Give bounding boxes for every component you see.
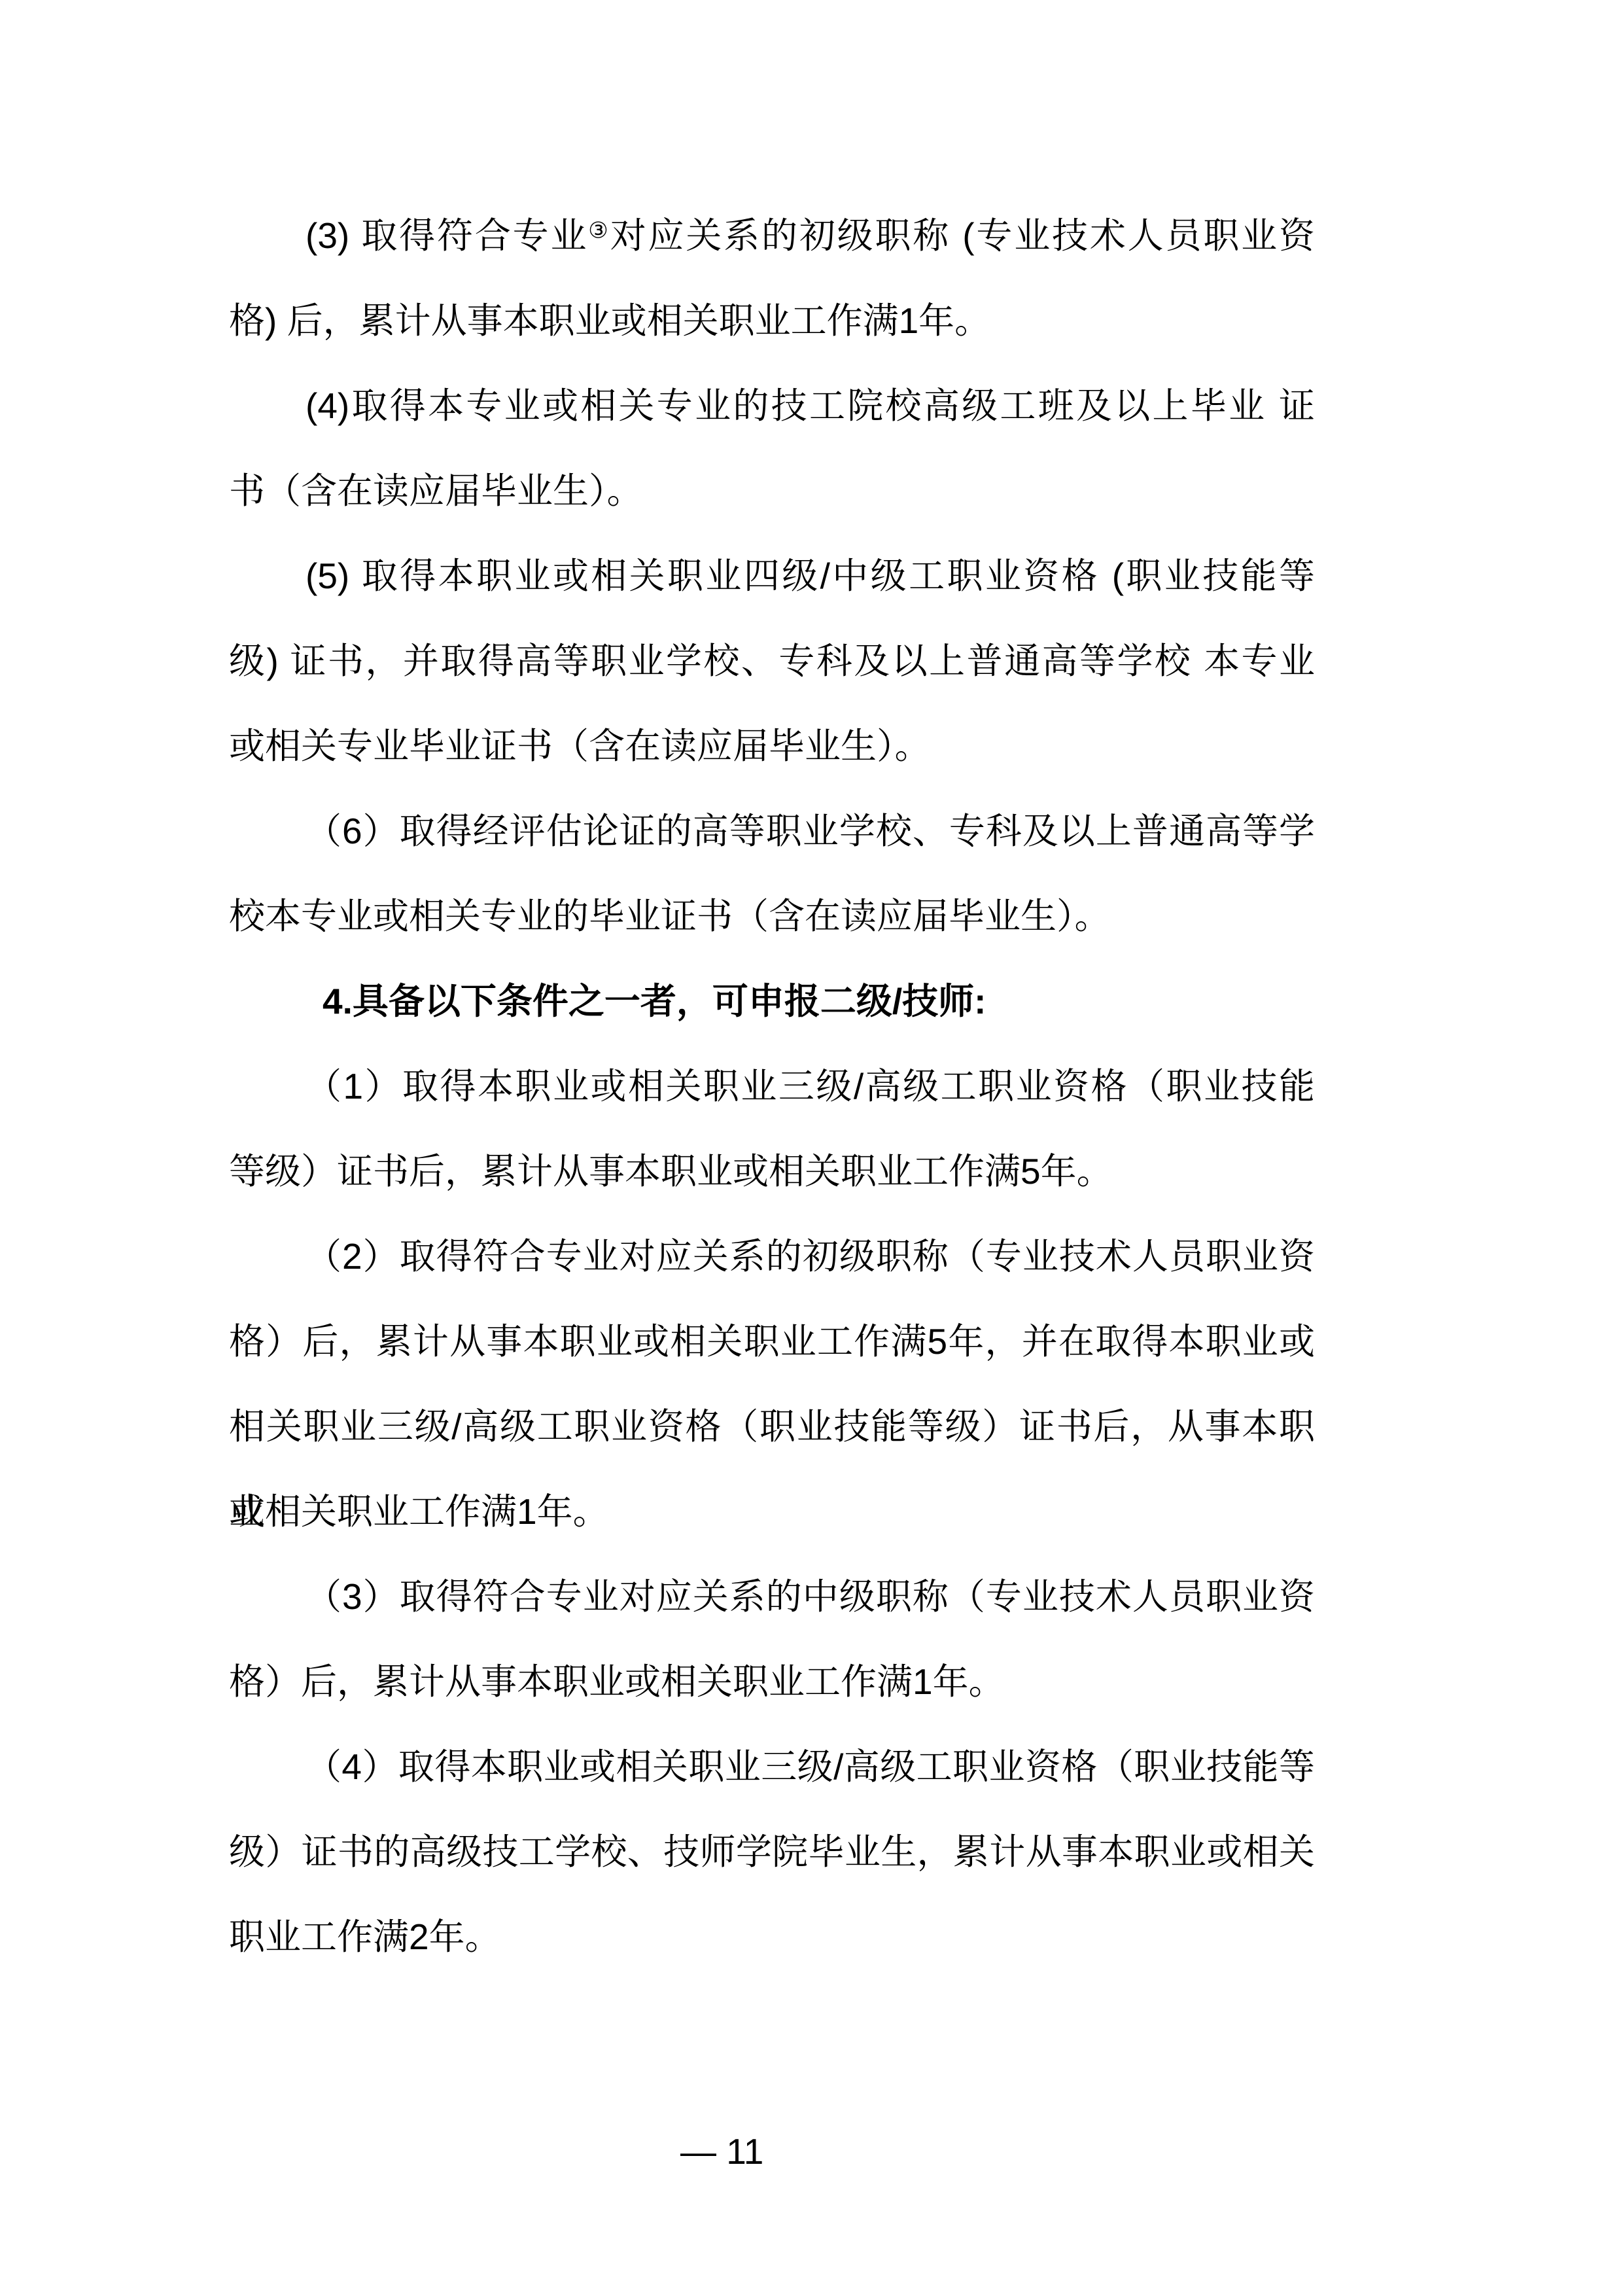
text-line: 或相关职业工作满1年。	[229, 1469, 1315, 1554]
text-line: （1）取得本职业或相关职业三级/高级工职业资格（职业技能	[229, 1044, 1315, 1129]
document-page: (3) 取得符合专业③对应关系的初级职称 (专业技术人员职业资 格) 后，累计从…	[0, 0, 1623, 2296]
text-line: 相关职业三级/高级工职业资格（职业技能等级）证书后，从事本职业	[229, 1384, 1315, 1469]
text-line: 或相关专业毕业证书（含在读应届毕业生）。	[229, 703, 1315, 788]
footnote-ref-3: ③	[588, 219, 610, 243]
text-line: 职业工作满2年。	[229, 1894, 1315, 1979]
page-number: — 11	[680, 2128, 763, 2174]
text-line: （2）取得符合专业对应关系的初级职称（专业技术人员职业资	[229, 1214, 1315, 1299]
text-line: 格) 后，累计从事本职业或相关职业工作满1年。	[229, 278, 1315, 363]
text-line: 格）后，累计从事本职业或相关职业工作满1年。	[229, 1639, 1315, 1724]
section-heading: 4.具备以下条件之一者，可申报二级/技师:	[229, 959, 1315, 1044]
text-line: (4)取得本专业或相关专业的技工院校高级工班及以上毕业 证	[229, 363, 1315, 448]
text-line: 级) 证书，并取得高等职业学校、专科及以上普通高等学校 本专业	[229, 618, 1315, 703]
document-body: (3) 取得符合专业③对应关系的初级职称 (专业技术人员职业资 格) 后，累计从…	[229, 193, 1315, 1979]
text-line: 等级）证书后，累计从事本职业或相关职业工作满5年。	[229, 1129, 1315, 1214]
line-text: (3) 取得符合专业	[305, 215, 588, 256]
text-line: （3）取得符合专业对应关系的中级职称（专业技术人员职业资	[229, 1554, 1315, 1639]
text-line: 格）后，累计从事本职业或相关职业工作满5年，并在取得本职业或	[229, 1299, 1315, 1384]
line-text: 对应关系的初级职称 (专业技术人员职业资	[610, 215, 1315, 256]
text-line: 级）证书的高级技工学校、技师学院毕业生，累计从事本职业或相关	[229, 1809, 1315, 1894]
text-line: （6）取得经评估论证的高等职业学校、专科及以上普通高等学	[229, 788, 1315, 874]
text-line: 校本专业或相关专业的毕业证书（含在读应届毕业生）。	[229, 874, 1315, 959]
text-line: (3) 取得符合专业③对应关系的初级职称 (专业技术人员职业资	[229, 193, 1315, 278]
text-line: （4）取得本职业或相关职业三级/高级工职业资格（职业技能等	[229, 1724, 1315, 1809]
text-line: 书（含在读应届毕业生）。	[229, 448, 1315, 533]
text-line: (5) 取得本职业或相关职业四级/中级工职业资格 (职业技能等	[229, 533, 1315, 618]
